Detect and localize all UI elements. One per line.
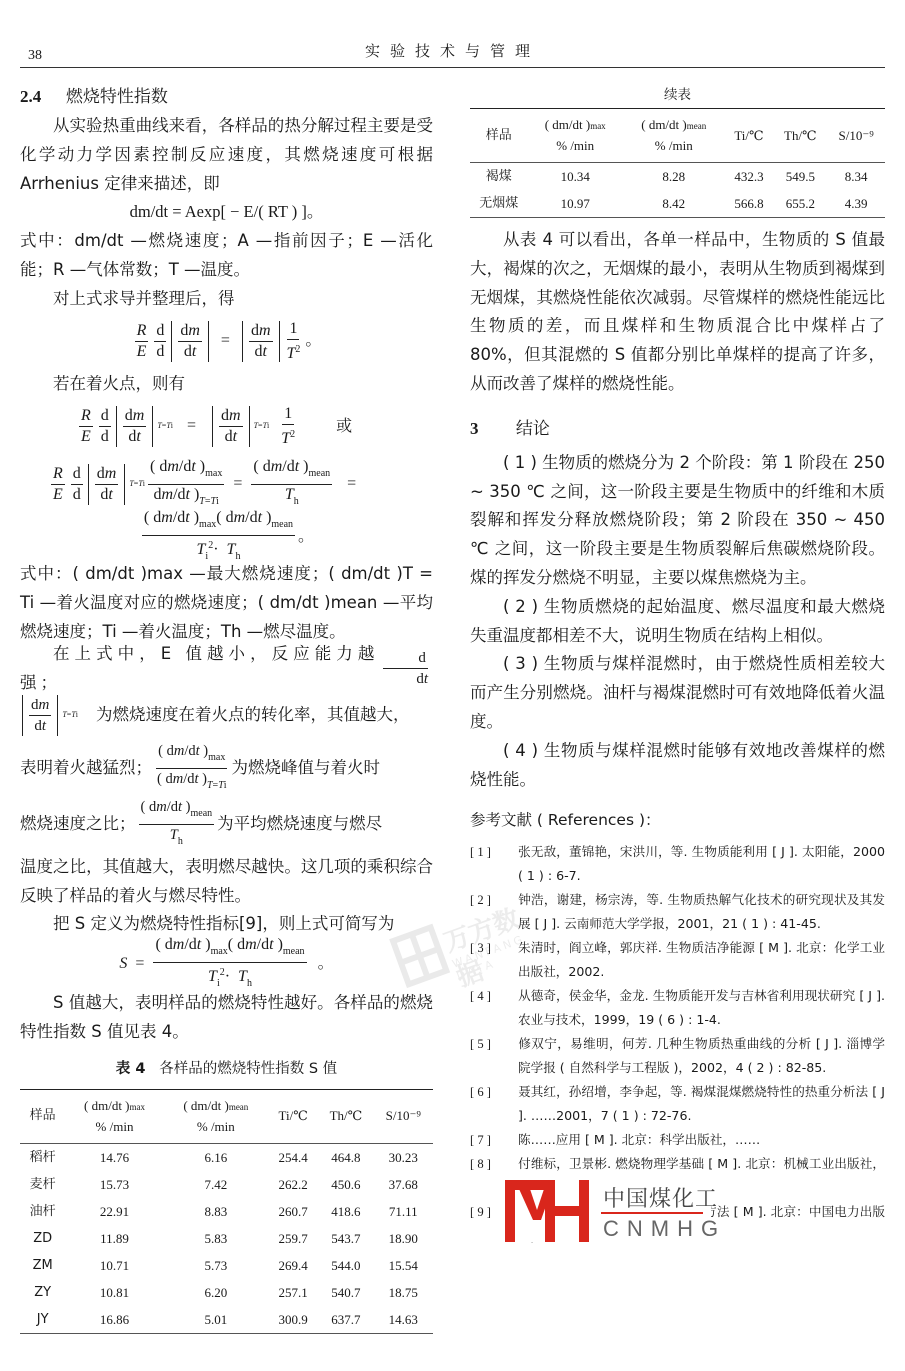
- reference-item: [ 6 ]聂其红，孙绍增，李争起，等. 褐煤混煤燃烧特性的热重分析法 [ J ]…: [470, 1080, 885, 1128]
- or-label: 或: [336, 412, 352, 441]
- equation-legend-1: 式中：dm/dt —燃烧速度；A —指前因子；E —活化能；R —气体常数；T …: [20, 227, 433, 285]
- table-header-row: 样品 ( dm/dt )max% /min ( dm/dt )mean% /mi…: [20, 1089, 433, 1143]
- paragraph-analysis: 从表 4 可以看出，各单一样品中，生物质的 S 值最大，褐煤的次之，无烟煤的最小…: [470, 226, 885, 399]
- left-column: 2.4 燃烧特性指数 从实验热重曲线来看，各样品的热分解过程主要是受化学动力学因…: [20, 82, 433, 1334]
- conclusion-4: ( 4 ) 生物质与煤样混燃时能够有效地改善煤样的燃烧性能。: [470, 737, 885, 795]
- paragraph-interpretation-3: 表明着火越猛烈； ( dm/dt )max( dm/dt )T=Ti 为燃烧峰值…: [20, 741, 433, 797]
- table-4-continued: 样品 ( dm/dt )max% /min ( dm/dt )mean% /mi…: [470, 108, 885, 218]
- journal-title: 实验技术与管理: [20, 40, 885, 61]
- cnmhg-logo-overlay: 中国煤化工 CNMHG: [503, 1180, 723, 1242]
- table-header-row: 样品 ( dm/dt )max% /min ( dm/dt )mean% /mi…: [470, 109, 885, 163]
- col-th: Th/℃: [318, 1089, 373, 1143]
- col-mean-rate: ( dm/dt )mean% /min: [164, 1089, 268, 1143]
- paragraph-interpretation-4: 燃烧速度之比； ( dm/dt )meanTh 为平均燃烧速度与燃尽: [20, 797, 433, 853]
- logo-divider: [601, 1212, 703, 1214]
- col-s: S/10⁻⁹: [374, 1089, 433, 1143]
- references-title: 参考文献 ( References )：: [470, 800, 885, 840]
- equation-ratio-product: ( dm/dt )max( dm/dt )meanTi2· Th。: [20, 514, 433, 560]
- table-row: 油杆22.918.83260.7418.671.11: [20, 1198, 433, 1225]
- equation-legend-2: 式中：( dm/dt )max —最大燃烧速度；( dm/dt )T = Ti …: [20, 560, 433, 646]
- reference-item: [ 5 ]修双宁，易维明，何芳. 几种生物质热重曲线的分析 [ J ]. 淄博学…: [470, 1032, 885, 1080]
- reference-item: [ 2 ]钟浩，谢建，杨宗涛，等. 生物质热解气化技术的研究现状及其发展 [ J…: [470, 888, 885, 936]
- conclusion-1: ( 1 ) 生物质的燃烧分为 2 个阶段：第 1 阶段在 250 ~ 350 ℃…: [470, 449, 885, 593]
- reference-item: [ 3 ]朱清时，阎立峰，郭庆祥. 生物质洁净能源 [ M ]. 北京：化学工业…: [470, 936, 885, 984]
- equation-ratio: RE dd dmdtT=Ti ( dm/dt )maxdm/dt )T=Ti =…: [20, 454, 433, 514]
- paragraph-interpretation-5: 温度之比，其值越大，表明燃尽越快。这几项的乘积综合反映了样品的着火与燃尽特性。: [20, 853, 433, 911]
- page-header: 38 实验技术与管理: [20, 34, 885, 68]
- table-row: ZM10.715.73269.4544.015.54: [20, 1252, 433, 1279]
- equation-derivative: RE dd dmdt = dmdt 1T2。: [20, 314, 433, 370]
- conclusion-3: ( 3 ) 生物质与煤样混燃时，由于燃烧性质相差较大而产生分别燃烧。油杆与褐煤混…: [470, 650, 885, 736]
- section-heading-2-4: 2.4 燃烧特性指数: [20, 82, 433, 112]
- paragraph-ignition: 若在着火点，则有: [20, 370, 433, 399]
- paragraph-interpretation-2: dmdtT=Ti 为燃烧速度在着火点的转化率，其值越大，: [20, 691, 433, 741]
- mh-logo-icon: [503, 1180, 591, 1242]
- reference-item: [ 4 ]从德奇，侯金华，金龙. 生物质能开发与吉林省利用现状研究 [ J ].…: [470, 984, 885, 1032]
- reference-item: [ 7 ]陈……应用 [ M ]. 北京：科学出版社，……: [470, 1128, 885, 1152]
- paragraph-interpretation-1: 在上式中，E 值越小，反应能力越强； ddt: [20, 647, 433, 691]
- equation-arrhenius: dm/dt = Aexp[ − E/( RT ) ]。: [20, 198, 433, 227]
- table-continued-label: 续表: [470, 82, 885, 108]
- col-ti: Ti/℃: [268, 1089, 318, 1143]
- table-row: 褐煤10.348.28432.3549.58.34: [470, 163, 885, 191]
- col-max-rate: ( dm/dt )max% /min: [65, 1089, 163, 1143]
- section-number: 2.4: [20, 82, 60, 112]
- right-column: 续表 样品 ( dm/dt )max% /min ( dm/dt )mean% …: [470, 82, 885, 1248]
- table-row: ZD11.895.83259.7543.718.90: [20, 1225, 433, 1252]
- table-row: ZY10.816.20257.1540.718.75: [20, 1279, 433, 1306]
- equation-ignition: RE dd dmdtT=Ti = dmdtT=Ti 1T2 或: [20, 398, 433, 454]
- paragraph-derivation: 对上式求导并整理后，得: [20, 285, 433, 314]
- table-row: 无烟煤10.978.42566.8655.24.39: [470, 190, 885, 218]
- reference-item: [ 1 ]张无敌，董锦艳，宋洪川，等. 生物质能利用 [ J ]. 太阳能，20…: [470, 840, 885, 888]
- section-heading-3: 3 结论: [470, 409, 885, 449]
- paragraph-arrhenius: 从实验热重曲线来看，各样品的热分解过程主要是受化学动力学因素控制反应速度，其燃烧…: [20, 112, 433, 198]
- section-title: 燃烧特性指数: [66, 87, 168, 107]
- conclusion-2: ( 2 ) 生物质燃烧的起始温度、燃尽温度和最大燃烧失重温度都相差不大，说明生物…: [470, 593, 885, 651]
- table-row: 麦杆15.737.42262.2450.637.68: [20, 1171, 433, 1198]
- table-row: JY16.865.01300.9637.714.63: [20, 1306, 433, 1334]
- logo-name-en: CNMHG: [603, 1216, 726, 1242]
- logo-name-cn: 中国煤化工: [603, 1182, 718, 1213]
- table-4: 样品 ( dm/dt )max% /min ( dm/dt )mean% /mi…: [20, 1089, 433, 1334]
- table-4-caption: 表 4 各样品的燃烧特性指数 S 值: [20, 1055, 433, 1083]
- table-row: 稻杆14.766.16254.4464.830.23: [20, 1143, 433, 1171]
- equation-s-index: S= ( dm/dt )max( dm/dt )meanTi2· Th 。: [20, 939, 433, 989]
- col-sample: 样品: [20, 1089, 65, 1143]
- paragraph-s-meaning: S 值越大，表明样品的燃烧特性越好。各样品的燃烧特性指数 S 值见表 4。: [20, 989, 433, 1047]
